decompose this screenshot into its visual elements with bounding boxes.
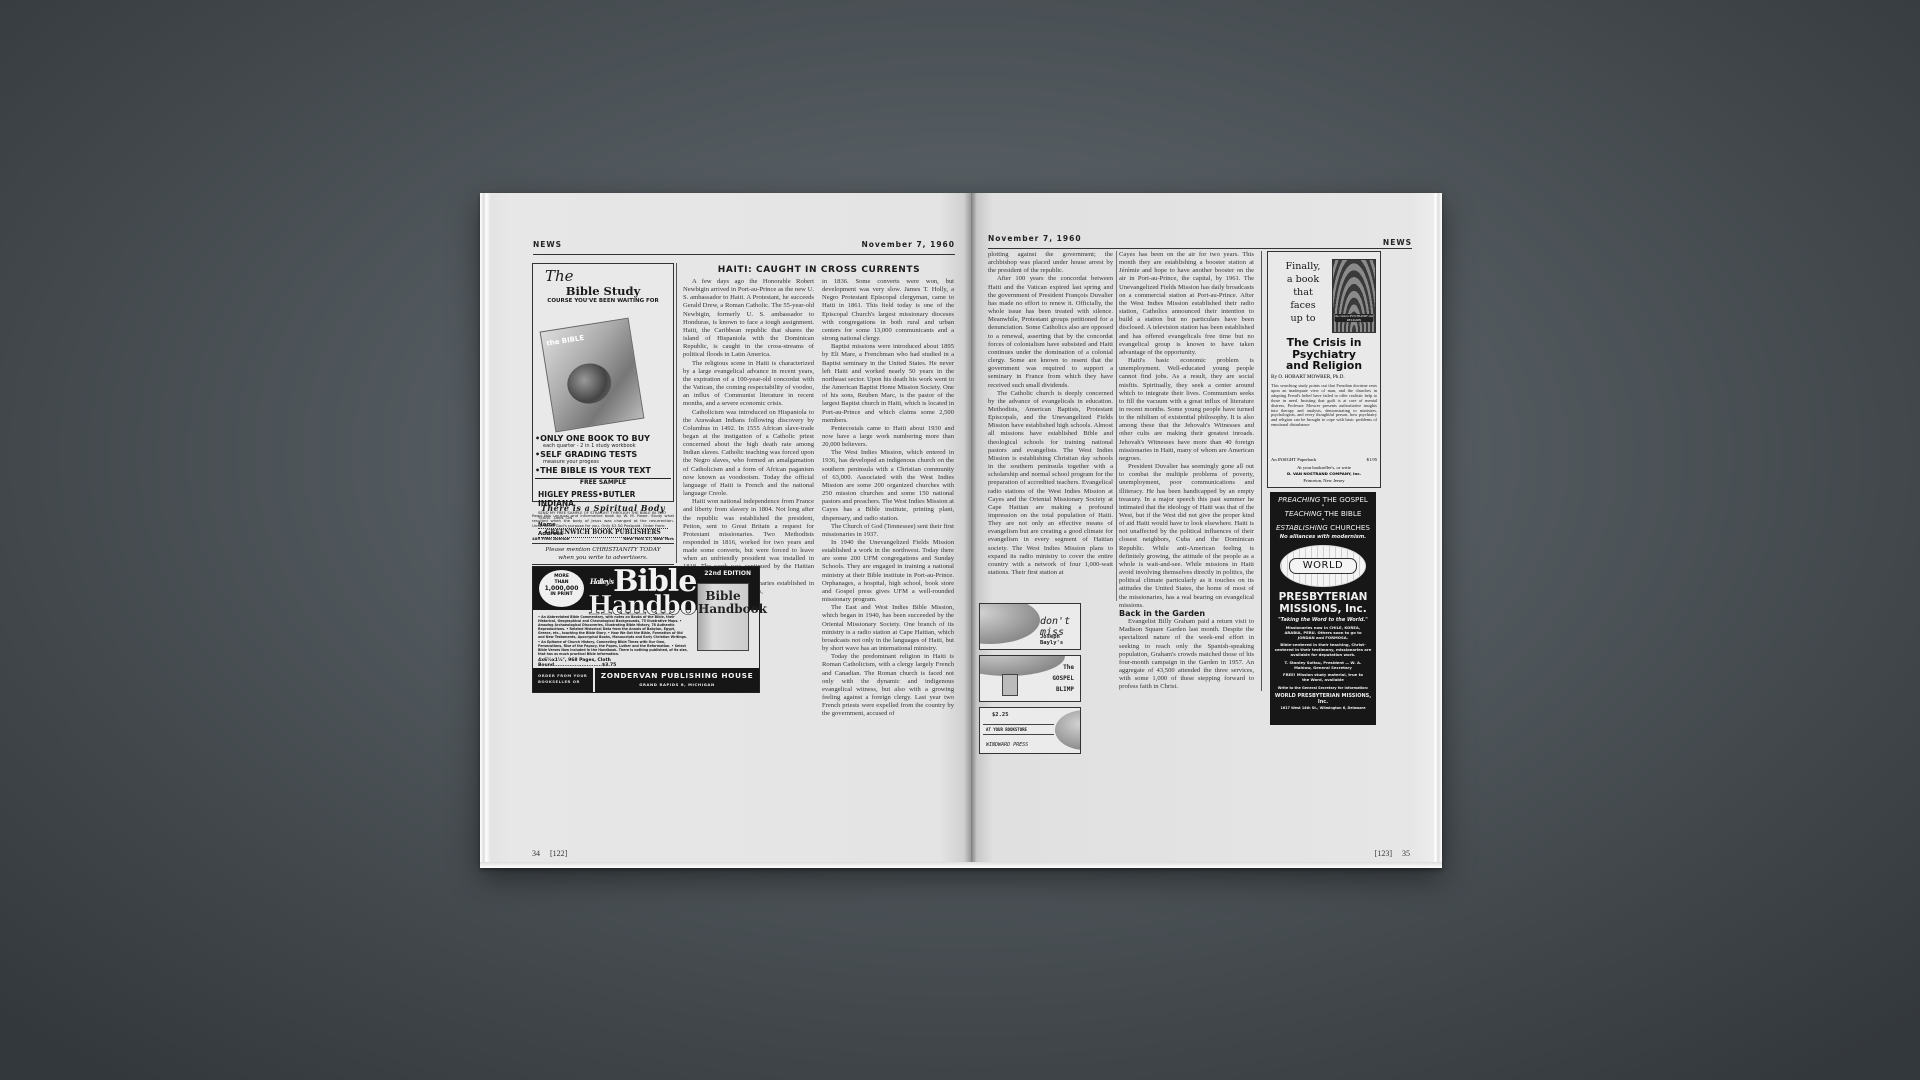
article-column-2: in 1836. Some converts were won, but dev…: [822, 278, 954, 718]
crisis-edition: An INSIGHT Paperback $1.95: [1271, 457, 1377, 462]
blimp-price: $2.25: [992, 712, 1009, 718]
blimp-text: BLIMP: [1052, 684, 1074, 695]
paragraph: The Church of God (Tennessee) sent their…: [822, 523, 954, 539]
paragraph: plotting against the government; the arc…: [988, 251, 1113, 275]
mention-line: Please mention CHRISTIANITY TODAY: [532, 546, 674, 554]
cover-title: the crisis in PSYCHIATRY and RELIGION: [1335, 314, 1373, 322]
paragraph: The Catholic church is deeply concerned …: [988, 390, 1113, 578]
globe-illustration: [564, 360, 614, 406]
edition: An INSIGHT Paperback: [1271, 457, 1316, 462]
crisis-author: By O. HOBART MOWRER, Ph.D.: [1271, 374, 1377, 380]
mention-line: when you write to advertisers.: [532, 554, 674, 562]
handbook-cover-image: Bible Handbook: [697, 583, 749, 651]
blimp-illustration: [1055, 710, 1081, 750]
page-number: 35: [1402, 849, 1410, 858]
running-header: November 7, 1960 NEWS: [988, 234, 1412, 249]
paragraph: A few days ago the Honorable Robert Newb…: [683, 278, 814, 360]
wpm-line: ESTABLISHING CHURCHES: [1270, 523, 1376, 532]
article-column-4: Cayes has been on the air for two years.…: [1119, 251, 1254, 691]
page-folio: [123] 35: [1375, 849, 1410, 858]
ad-intro: Finally, a book that faces up to: [1278, 260, 1328, 325]
paragraph: Evangelist Billy Graham paid a return vi…: [1119, 618, 1254, 691]
paragraph: Baptist missions were introduced about 1…: [822, 343, 954, 425]
wpm-write: Write to the General Secretary for infor…: [1270, 686, 1376, 691]
paragraph: Haiti's basic economic problem is unempl…: [1119, 357, 1254, 463]
issue-page-number: [123]: [1375, 849, 1392, 858]
section-label: NEWS: [1383, 238, 1412, 247]
wpm-bible-centered: Bible-centered in their teaching, Christ…: [1270, 643, 1376, 657]
page-folio: 34 [122]: [532, 849, 567, 858]
magazine-spread: NEWS November 7, 1960 The Bible Study CO…: [480, 193, 1442, 868]
blimp-title: The GOSPEL BLIMP: [1052, 662, 1074, 695]
article-headline: HAITI: CAUGHT IN CROSS CURRENTS: [685, 265, 953, 275]
crisis-description: This searching study points out that Fre…: [1271, 384, 1377, 428]
wpm-address: 1617 West 14th St., Wilmington 6, Delawa…: [1270, 706, 1376, 711]
publisher-name: ZONDERVAN PUBLISHING HOUSE: [595, 671, 759, 680]
intro-line: Finally,: [1278, 260, 1328, 273]
paragraph: Catholicism was introduced on Hispaniola…: [683, 409, 814, 499]
running-header: NEWS November 7, 1960: [533, 240, 955, 255]
paragraph: After 100 years the concordat between Ha…: [988, 275, 1113, 389]
bullet: •ONLY ONE BOOK TO BUY: [535, 434, 671, 443]
left-page: NEWS November 7, 1960 The Bible Study CO…: [480, 193, 971, 868]
emphasis: TEACHING: [1285, 509, 1322, 518]
handbook-description: • An Abbreviated Bible Commentary, with …: [538, 615, 690, 656]
blimp-ad-panel-3: $2.25 AT YOUR BOOKSTORE WINDWARD PRESS: [979, 707, 1081, 754]
crisis-title: The Crisis in Psychiatry and Religion: [1268, 337, 1380, 372]
page-edge: [480, 193, 490, 868]
intro-line: a book: [1278, 273, 1328, 286]
page-number: 34: [532, 849, 540, 858]
free-sample-label: FREE SAMPLE: [535, 478, 671, 486]
paragraph: The religious scene in Haiti is characte…: [683, 360, 814, 409]
page-edge-bottom: [480, 862, 1442, 868]
order-from-label: ORDER FROM YOUR BOOKSELLER OR: [533, 668, 593, 692]
name-line: PRESBYTERIAN: [1270, 591, 1376, 603]
blimp-ad-panel-1: don't miss Joseph Bayly's: [979, 603, 1081, 650]
bullet-sub: measure your progess: [543, 459, 671, 466]
intro-line: faces: [1278, 299, 1328, 312]
intro-line: up to: [1278, 312, 1328, 325]
halleys-bible-handbook-ad: MORE THAN 1,000,000 IN PRINT Halley'sBib…: [532, 566, 760, 693]
right-page: November 7, 1960 NEWS plotting against t…: [971, 193, 1442, 868]
article-subhead: Back in the Garden: [1119, 610, 1254, 618]
title-line: The Crisis in: [1268, 337, 1380, 349]
page-edge: [1432, 193, 1442, 868]
blimp-illustration: [979, 603, 1040, 644]
city: New York 17, New York: [623, 536, 674, 541]
paragraph: In 1940 the Unevangelized Fields Mission…: [822, 539, 954, 604]
article-column-1: A few days ago the Honorable Robert Newb…: [683, 278, 814, 596]
mention-notice: Please mention CHRISTIANITY TODAY when y…: [532, 543, 674, 565]
column-rule: [1116, 251, 1117, 601]
ad-title: Bible Study: [533, 284, 673, 298]
paragraph: The East and West Indies Bible Mission, …: [822, 604, 954, 653]
emphasis: PREACHING: [1278, 495, 1320, 504]
issue-date: November 7, 1960: [861, 240, 955, 249]
order-line: BOOKSELLER OR: [538, 679, 593, 685]
crisis-book-cover-image: the crisis in PSYCHIATRY and RELIGION: [1332, 259, 1376, 333]
spiritual-body-title: There is a Spiritual Body: [532, 503, 674, 513]
greenwich-address: 489 Fifth Avenue New York 17, New York: [532, 536, 674, 541]
gondola-icon: [1002, 674, 1018, 696]
blimp-text: The: [1052, 662, 1074, 673]
crisis-publisher: At your bookseller's, or write D. VAN NO…: [1268, 465, 1380, 484]
blimp-store: AT YOUR BOOKSTORE: [983, 724, 1054, 735]
book-cover-title: the BIBLE: [546, 334, 585, 348]
blimp-ad-panel-2: The GOSPEL BLIMP: [979, 655, 1081, 702]
wpm-org: WORLD PRESBYTERIAN MISSIONS, Inc.: [1270, 693, 1376, 705]
world-globe-logo: WORLD: [1280, 545, 1366, 587]
world-presbyterian-missions-ad: PREACHING THE GOSPEL • TEACHING THE BIBL…: [1270, 492, 1376, 725]
greenwich-publisher: GREENWICH BOOK PUBLISHERS: [532, 529, 674, 536]
edition-label: 22nd EDITION: [704, 570, 751, 577]
wpm-free-offer: FREE! Mission study material, true to th…: [1270, 673, 1376, 683]
blimp-text: Joseph Bayly's: [1040, 634, 1080, 646]
bullet: •THE BIBLE IS YOUR TEXT: [535, 466, 671, 475]
issue-date: November 7, 1960: [988, 234, 1082, 243]
publisher-city: Princeton, New Jersey: [1268, 478, 1380, 484]
crisis-psychiatry-ad: Finally, a book that faces up to the cri…: [1267, 251, 1381, 488]
street: 489 Fifth Avenue: [532, 536, 569, 541]
paragraph: Today the predominant religion in Haiti …: [822, 653, 954, 718]
paragraph: Pentecostals came to Haiti about 1930 an…: [822, 425, 954, 449]
wpm-officers: T. Stanley Soltau, President — W. A. Mah…: [1270, 661, 1376, 671]
title-line: and Religion: [1268, 360, 1380, 372]
wpm-missionaries: Missionaries now in CHILE, KOREA, ARABIA…: [1270, 626, 1376, 640]
zondervan-block: ZONDERVAN PUBLISHING HOUSE GRAND RAPIDS …: [595, 668, 759, 692]
brand: Halley's: [590, 577, 613, 586]
bullet: •SELF GRADING TESTS: [535, 450, 671, 459]
globe-word: WORLD: [1289, 558, 1357, 574]
paragraph: President Duvalier has seemingly gone al…: [1119, 463, 1254, 610]
section-label: NEWS: [533, 240, 562, 249]
paragraph: The West Indies Mission, which entered i…: [822, 449, 954, 522]
rest: THE GOSPEL: [1320, 495, 1368, 504]
publisher-city: GRAND RAPIDS 6, MICHIGAN: [595, 682, 759, 687]
badge-line: IN PRINT: [539, 592, 584, 598]
spiritual-body-text: Read this unusual and informative book b…: [532, 513, 674, 528]
bullet-sub: each quarter - 2 in 1 study workbook: [543, 443, 671, 450]
blimp-text: GOSPEL: [1052, 673, 1074, 684]
issue-page-number: [122]: [550, 849, 567, 858]
rest: THE BIBLE: [1322, 509, 1361, 518]
specs: 4x6½x1½", 968 Pages, Cloth Bound: [538, 658, 611, 668]
bible-study-ad: The Bible Study COURSE YOU'VE BEEN WAITI…: [532, 263, 674, 502]
price: $1.95: [1367, 457, 1377, 462]
paragraph: Cayes has been on the air for two years.…: [1119, 251, 1254, 357]
handbook-specs: 4x6½x1½", 968 Pages, Cloth Bound........…: [538, 658, 690, 668]
ad-subtitle: COURSE YOU'VE BEEN WAITING FOR: [533, 298, 673, 304]
blimp-publisher: WINDWARD PRESS: [986, 742, 1028, 748]
rest: CHURCHES: [1328, 523, 1370, 532]
ad-word-the: The: [545, 267, 673, 285]
article-column-3: plotting against the government; the arc…: [988, 251, 1113, 577]
wpm-tagline: "Taking the Word to the World.": [1270, 617, 1376, 623]
column-rule: [1261, 251, 1262, 691]
print-count-badge: MORE THAN 1,000,000 IN PRINT: [539, 570, 584, 607]
paragraph: in 1836. Some converts were won, but dev…: [822, 278, 954, 343]
book-cover-image: the BIBLE: [540, 318, 645, 433]
wpm-no-alliances: No alliances with modernism.: [1270, 534, 1376, 540]
intro-line: that: [1278, 286, 1328, 299]
name-line: MISSIONS, Inc.: [1270, 603, 1376, 615]
emphasis: ESTABLISHING: [1276, 523, 1328, 532]
column-rule: [676, 263, 677, 563]
wpm-name: PRESBYTERIAN MISSIONS, Inc.: [1270, 591, 1376, 615]
